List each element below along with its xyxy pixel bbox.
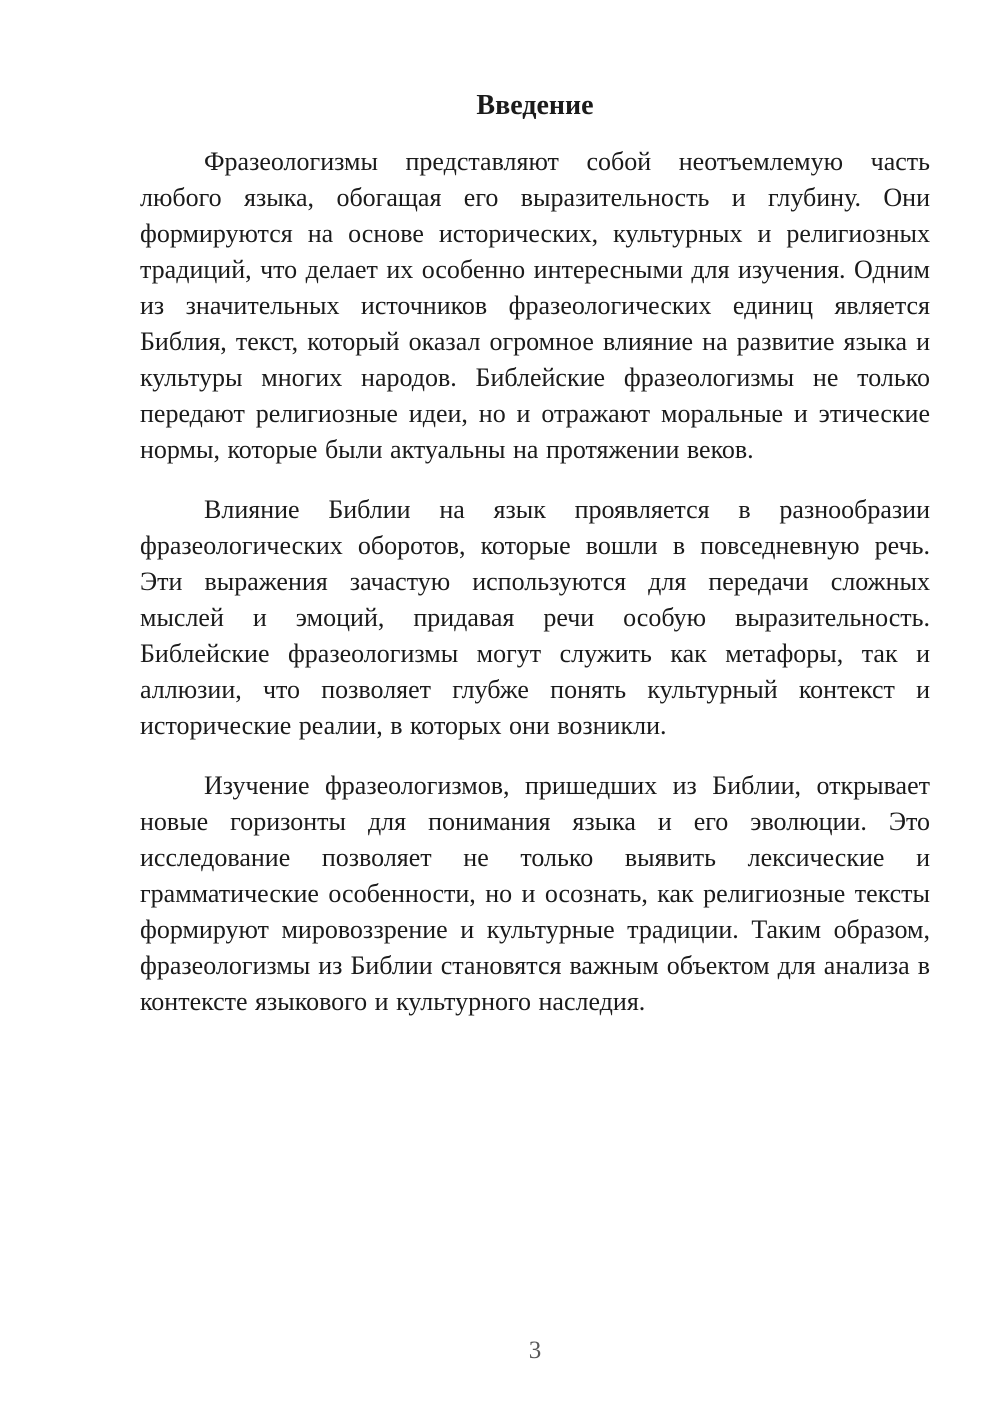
document-page: Введение Фразеологизмы представляют собо…: [0, 0, 1000, 1414]
paragraph-bible-influence: Влияние Библии на язык проявляется в раз…: [140, 492, 930, 744]
document-title: Введение: [140, 88, 930, 124]
paragraph-intro-phraseologisms: Фразеологизмы представляют собой неотъем…: [140, 144, 930, 468]
page-number: 3: [140, 1336, 930, 1366]
paragraph-study-conclusion: Изучение фразеологизмов, пришедших из Би…: [140, 768, 930, 1020]
document-content: Введение Фразеологизмы представляют собо…: [140, 88, 930, 1020]
